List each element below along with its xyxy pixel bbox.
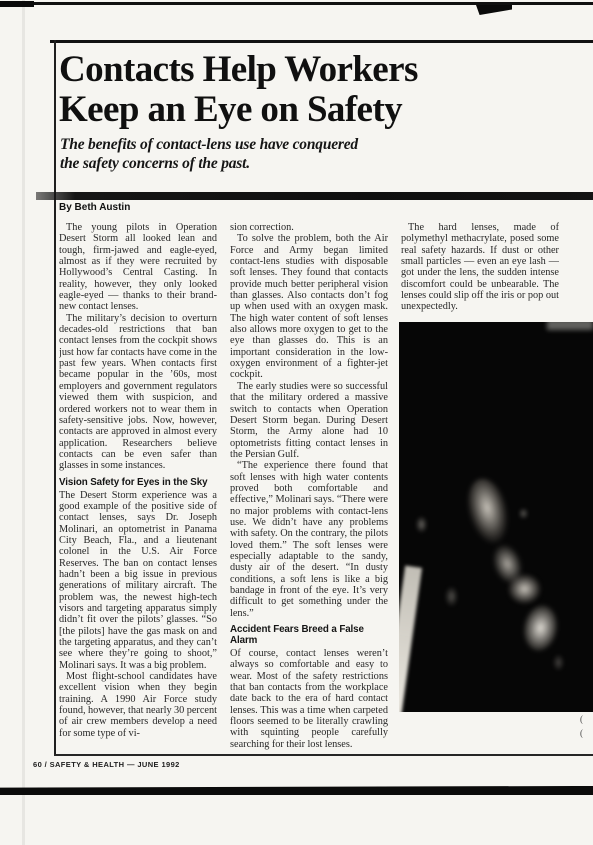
- article-title: Contacts Help Workers Keep an Eye on Saf…: [59, 50, 539, 130]
- body-paragraph: sion correction.: [230, 222, 388, 233]
- body-paragraph: The military’s decision to overturn deca…: [59, 313, 217, 472]
- body-paragraph: The young pilots in Operation Desert Sto…: [59, 222, 217, 313]
- page-edge-marks: ( (: [580, 712, 592, 740]
- byline: By Beth Austin: [59, 202, 130, 213]
- article-subtitle-line1: The benefits of contact-lens use have co…: [60, 136, 480, 155]
- edge-mark: (: [580, 726, 592, 740]
- body-paragraph: The hard lenses, made of polymethyl meth…: [401, 222, 559, 313]
- body-paragraph: Most flight-school candidates have excel…: [59, 671, 217, 739]
- page-edge-shadow: [22, 0, 25, 845]
- top-border-rule: [0, 2, 593, 5]
- section-heading: Accident Fears Breed a False Alarm: [230, 624, 388, 646]
- body-paragraph: Of course, contact lenses weren’t always…: [230, 648, 388, 750]
- frame-left-rule: [54, 40, 56, 756]
- photo-highlight-face: [462, 474, 515, 547]
- body-column-1: The young pilots in Operation Desert Sto…: [59, 222, 217, 756]
- article-subtitle-line2: the safety concerns of the past.: [60, 155, 480, 174]
- article-title-line1: Contacts Help Workers: [59, 50, 539, 90]
- article-title-line2: Keep an Eye on Safety: [59, 90, 539, 130]
- article-subtitle: The benefits of contact-lens use have co…: [60, 136, 480, 173]
- frame-top-rule: [50, 40, 593, 43]
- photo-speck: [445, 586, 458, 607]
- edge-mark: (: [580, 712, 592, 726]
- body-paragraph: “The experience there found that soft le…: [230, 460, 388, 619]
- body-paragraph: The early studies were so successful tha…: [230, 381, 388, 460]
- section-heading: Vision Safety for Eyes in the Sky: [59, 477, 217, 488]
- article-photo: [399, 322, 593, 712]
- section-divider-rule: [36, 192, 593, 200]
- photo-highlight-hand: [520, 602, 560, 653]
- scan-artifact-wedge: [476, 5, 512, 15]
- photo-speck: [416, 516, 427, 533]
- frame-bottom-rule: [54, 754, 593, 756]
- photo-light-streak: [399, 566, 422, 712]
- page-footer: 60 / SAFETY & HEALTH — JUNE 1992: [33, 760, 180, 769]
- body-paragraph: To solve the problem, both the Air Force…: [230, 233, 388, 380]
- top-border-blob: [0, 1, 34, 7]
- bottom-black-bar: [0, 786, 593, 795]
- photo-highlight-jaw: [508, 574, 541, 604]
- photo-speck: [519, 508, 528, 519]
- body-paragraph: The Desert Storm experience was a good e…: [59, 490, 217, 672]
- body-column-2: sion correction.To solve the problem, bo…: [230, 222, 388, 756]
- photo-edge-noise: [547, 322, 593, 330]
- photo-speck: [553, 654, 564, 671]
